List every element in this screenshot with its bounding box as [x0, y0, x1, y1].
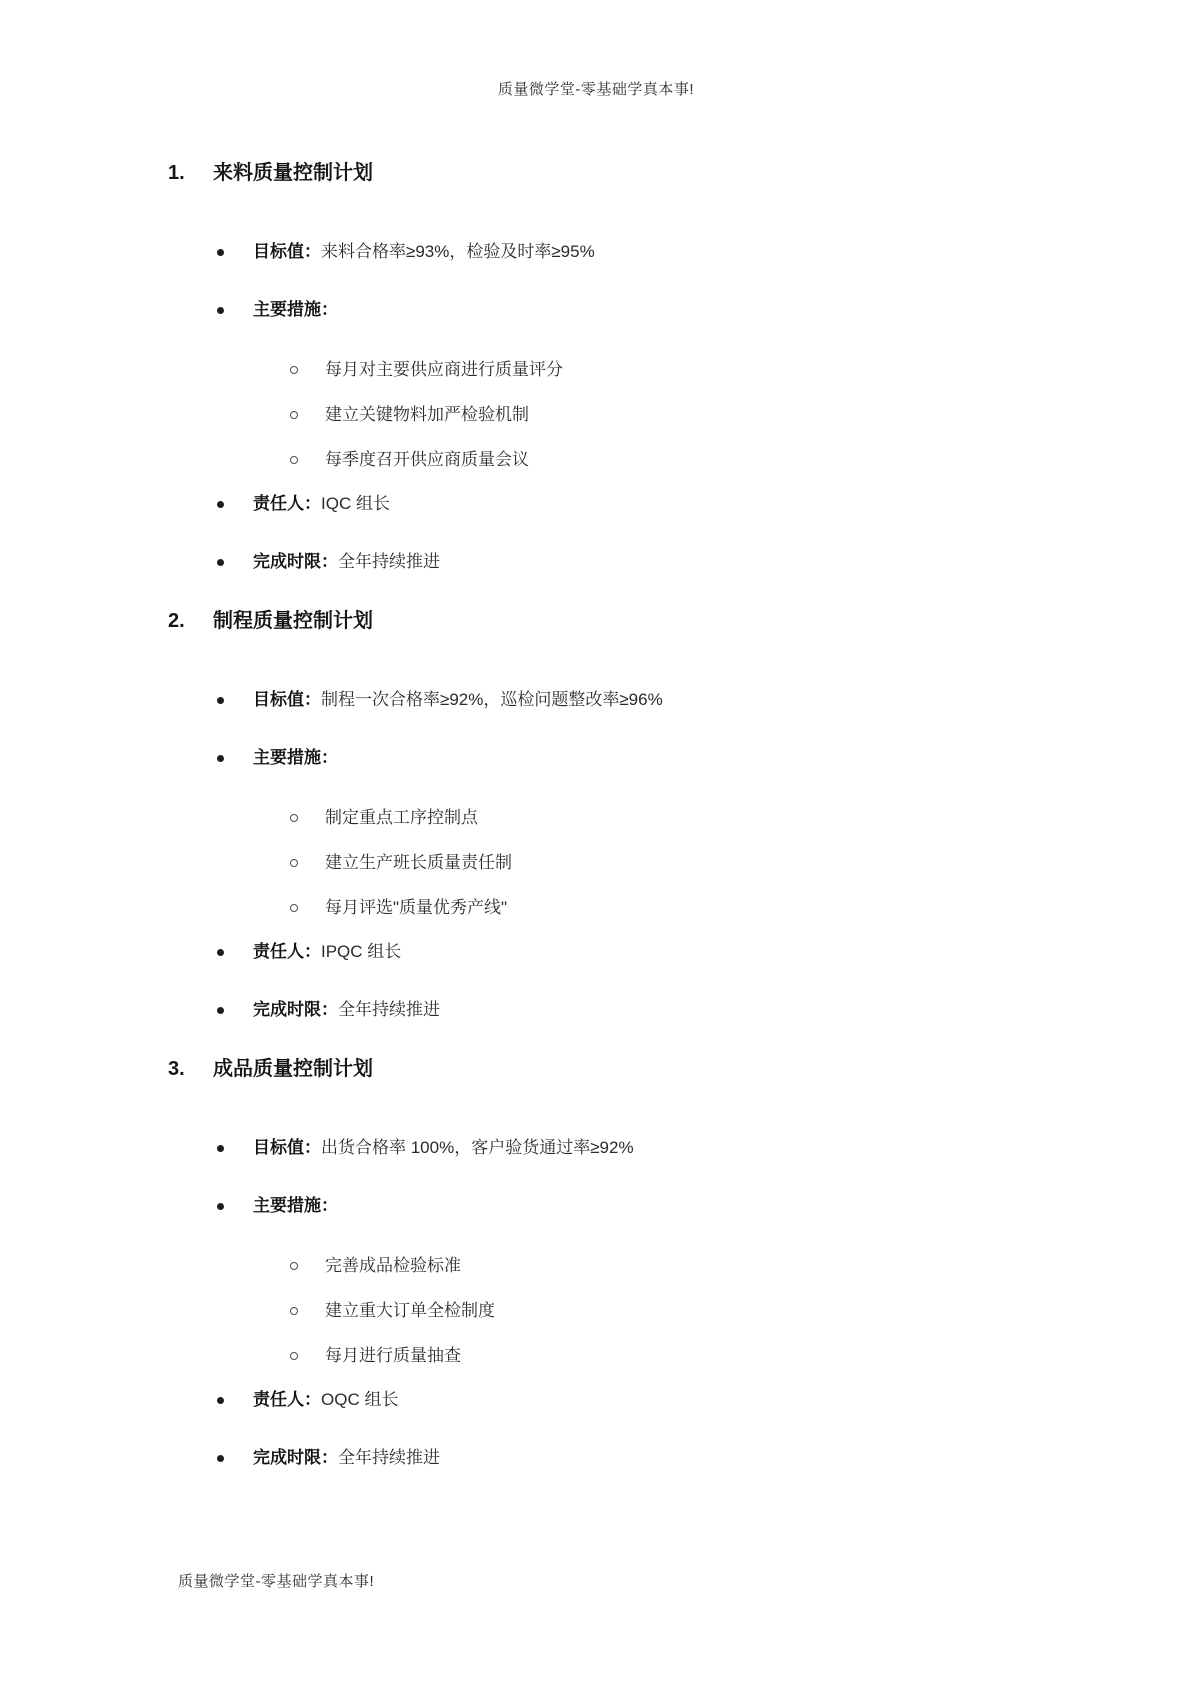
bullet-dot-icon: [217, 1397, 224, 1404]
list-item-owner: 责任人：OQC 组长: [168, 1388, 1078, 1412]
item-text: IQC 组长: [321, 494, 390, 513]
sub-bullet-list: 每月对主要供应商进行质量评分 建立关键物料加严检验机制 每季度召开供应商质量会议: [253, 358, 1078, 472]
bullet-circle-icon: [290, 859, 298, 867]
item-label: 目标值：: [253, 690, 321, 709]
bullet-dot-icon: [217, 501, 224, 508]
page-footer: 质量微学堂-零基础学真本事!: [178, 1570, 374, 1591]
item-text: 全年持续推进: [338, 1448, 440, 1467]
sub-item-text: 每月进行质量抽查: [325, 1346, 461, 1365]
sub-item-text: 每月评选"质量优秀产线": [325, 898, 507, 917]
sub-list-item: 完善成品检验标准: [168, 1254, 1078, 1278]
section-incoming-quality: 1.来料质量控制计划 目标值：来料合格率≥93%，检验及时率≥95% 主要措施：…: [168, 160, 1078, 574]
bullet-circle-icon: [290, 1307, 298, 1315]
bullet-dot-icon: [217, 1145, 224, 1152]
bullet-circle-icon: [290, 814, 298, 822]
list-item-deadline: 完成时限：全年持续推进: [168, 998, 1078, 1022]
item-text: 出货合格率 100%，客户验货通过率≥92%: [321, 1138, 634, 1157]
section-number: 2.: [168, 608, 213, 634]
sub-bullet-list: 制定重点工序控制点 建立生产班长质量责任制 每月评选"质量优秀产线": [253, 806, 1078, 920]
item-text: 全年持续推进: [338, 1000, 440, 1019]
section-bullet-list: 目标值：来料合格率≥93%，检验及时率≥95% 主要措施： 每月对主要供应商进行…: [168, 240, 1078, 574]
list-item-owner: 责任人：IPQC 组长: [168, 940, 1078, 964]
sub-list-item: 每月评选"质量优秀产线": [168, 896, 1078, 920]
list-item-measures: 主要措施： 完善成品检验标准 建立重大订单全检制度 每月进行质量抽查: [168, 1194, 1078, 1368]
sub-list-item: 每月进行质量抽查: [168, 1344, 1078, 1368]
sub-item-text: 制定重点工序控制点: [325, 808, 478, 827]
sub-item-text: 建立关键物料加严检验机制: [325, 405, 529, 424]
sub-list-item: 建立生产班长质量责任制: [168, 851, 1078, 875]
bullet-dot-icon: [217, 755, 224, 762]
bullet-dot-icon: [217, 697, 224, 704]
section-bullet-list: 目标值：出货合格率 100%，客户验货通过率≥92% 主要措施： 完善成品检验标…: [168, 1136, 1078, 1470]
bullet-circle-icon: [290, 411, 298, 419]
item-text: IPQC 组长: [321, 942, 401, 961]
list-item-owner: 责任人：IQC 组长: [168, 492, 1078, 516]
item-label: 责任人：: [253, 494, 321, 513]
item-label: 主要措施：: [253, 748, 338, 767]
document-page: 质量微学堂-零基础学真本事! 1.来料质量控制计划 目标值：来料合格率≥93%，…: [0, 0, 1192, 1684]
sub-list-item: 建立重大订单全检制度: [168, 1299, 1078, 1323]
section-title: 成品质量控制计划: [213, 1058, 373, 1080]
item-label: 责任人：: [253, 942, 321, 961]
sub-item-text: 每月对主要供应商进行质量评分: [325, 360, 563, 379]
section-title: 来料质量控制计划: [213, 162, 373, 184]
item-label: 完成时限：: [253, 552, 338, 571]
bullet-circle-icon: [290, 904, 298, 912]
item-text: 制程一次合格率≥92%，巡检问题整改率≥96%: [321, 690, 663, 709]
bullet-circle-icon: [290, 1352, 298, 1360]
item-label: 完成时限：: [253, 1448, 338, 1467]
section-finished-goods-quality: 3.成品质量控制计划 目标值：出货合格率 100%，客户验货通过率≥92% 主要…: [168, 1056, 1078, 1470]
page-header: 质量微学堂-零基础学真本事!: [0, 78, 1192, 99]
item-label: 目标值：: [253, 1138, 321, 1157]
bullet-dot-icon: [217, 1007, 224, 1014]
bullet-circle-icon: [290, 456, 298, 464]
bullet-dot-icon: [217, 949, 224, 956]
section-process-quality: 2.制程质量控制计划 目标值：制程一次合格率≥92%，巡检问题整改率≥96% 主…: [168, 608, 1078, 1022]
item-label: 责任人：: [253, 1390, 321, 1409]
list-item-target: 目标值：来料合格率≥93%，检验及时率≥95%: [168, 240, 1078, 264]
sub-list-item: 建立关键物料加严检验机制: [168, 403, 1078, 427]
item-label: 主要措施：: [253, 1196, 338, 1215]
list-item-deadline: 完成时限：全年持续推进: [168, 1446, 1078, 1470]
list-item-target: 目标值：出货合格率 100%，客户验货通过率≥92%: [168, 1136, 1078, 1160]
bullet-dot-icon: [217, 559, 224, 566]
section-heading: 2.制程质量控制计划: [168, 608, 1078, 634]
bullet-dot-icon: [217, 249, 224, 256]
section-title: 制程质量控制计划: [213, 610, 373, 632]
item-label: 完成时限：: [253, 1000, 338, 1019]
item-label: 目标值：: [253, 242, 321, 261]
item-label: 主要措施：: [253, 300, 338, 319]
sub-item-text: 建立重大订单全检制度: [325, 1301, 495, 1320]
list-item-deadline: 完成时限：全年持续推进: [168, 550, 1078, 574]
bullet-circle-icon: [290, 366, 298, 374]
sub-item-text: 每季度召开供应商质量会议: [325, 450, 529, 469]
sub-item-text: 完善成品检验标准: [325, 1256, 461, 1275]
list-item-measures: 主要措施： 制定重点工序控制点 建立生产班长质量责任制 每月评选"质量优秀产线": [168, 746, 1078, 920]
section-heading: 1.来料质量控制计划: [168, 160, 1078, 186]
bullet-circle-icon: [290, 1262, 298, 1270]
item-text: 全年持续推进: [338, 552, 440, 571]
list-item-measures: 主要措施： 每月对主要供应商进行质量评分 建立关键物料加严检验机制 每季度召开供…: [168, 298, 1078, 472]
section-heading: 3.成品质量控制计划: [168, 1056, 1078, 1082]
item-text: 来料合格率≥93%，检验及时率≥95%: [321, 242, 595, 261]
item-text: OQC 组长: [321, 1390, 398, 1409]
list-item-target: 目标值：制程一次合格率≥92%，巡检问题整改率≥96%: [168, 688, 1078, 712]
bullet-dot-icon: [217, 1203, 224, 1210]
document-content: 1.来料质量控制计划 目标值：来料合格率≥93%，检验及时率≥95% 主要措施：…: [168, 148, 1078, 1504]
sub-list-item: 制定重点工序控制点: [168, 806, 1078, 830]
bullet-dot-icon: [217, 307, 224, 314]
section-bullet-list: 目标值：制程一次合格率≥92%，巡检问题整改率≥96% 主要措施： 制定重点工序…: [168, 688, 1078, 1022]
sub-list-item: 每季度召开供应商质量会议: [168, 448, 1078, 472]
sub-bullet-list: 完善成品检验标准 建立重大订单全检制度 每月进行质量抽查: [253, 1254, 1078, 1368]
section-number: 1.: [168, 160, 213, 186]
sub-list-item: 每月对主要供应商进行质量评分: [168, 358, 1078, 382]
sub-item-text: 建立生产班长质量责任制: [325, 853, 512, 872]
bullet-dot-icon: [217, 1455, 224, 1462]
section-number: 3.: [168, 1056, 213, 1082]
